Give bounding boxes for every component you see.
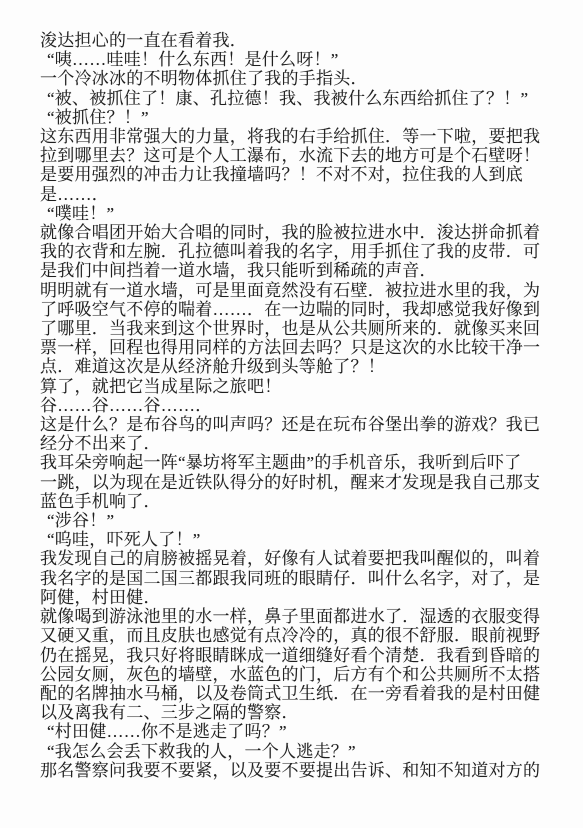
text-line: 这是什么？是布谷鸟的叫声吗？还是在玩布谷堡出拳的游戏？我已: [40, 415, 543, 434]
text-line: “咦……哇哇！什么东西！是什么呀！”: [40, 50, 543, 69]
text-line: 那名警察问我要不要紧，以及要不要提出告诉、和知不知道对方的: [40, 761, 543, 780]
text-line: 以及离我有二、三步之隔的警察．: [40, 703, 543, 722]
text-line: “涉谷！”: [40, 511, 543, 530]
text-line: 了哪里．当我来到这个世界时，也是从公共厕所来的．就像买来回: [40, 319, 543, 338]
text-line: 拉到哪里去？这可是个人工瀑布，水流下去的地方可是个石壁呀！: [40, 146, 543, 165]
text-line: “呜哇，吓死人了！”: [40, 530, 543, 549]
text-line: 我的衣背和左腕．孔拉德叫着我的名字，用手抓住了我的皮带．可: [40, 242, 543, 261]
text-line: 经分不出来了．: [40, 434, 543, 453]
text-line: 票一样，回程也得用同样的方法回去吗？只是这次的水比较干净一: [40, 338, 543, 357]
text-line: 这东西用非常强大的力量，将我的右手给抓住．等一下啦，要把我: [40, 127, 543, 146]
text-line: “村田健……你不是逃走了吗？”: [40, 722, 543, 741]
text-line: 我发现自己的肩膀被摇晃着，好像有人试着要把我叫醒似的，叫着: [40, 549, 543, 568]
text-line: “我怎么会丢下救我的人，一个人逃走？”: [40, 742, 543, 761]
text-line: 谷……谷……谷……．: [40, 396, 543, 415]
text-line: 是我们中间挡着一道水墙，我只能听到稀疏的声音．: [40, 261, 543, 280]
text-line: 就像喝到游泳池里的水一样，鼻子里面都进水了．湿透的衣服变得: [40, 607, 543, 626]
text-line: 了呼吸空气不停的喘着……．在一边喘的同时，我却感觉我好像到: [40, 300, 543, 319]
text-line: 是……．: [40, 185, 543, 204]
text-line: 公园女厕，灰色的墙壁，水蓝色的门，后方有个和公共厕所不太搭: [40, 665, 543, 684]
text-line: 一个冷冰冰的不明物体抓住了我的手指头．: [40, 69, 543, 88]
text-line: 浚达担心的一直在看着我．: [40, 31, 543, 50]
text-line: 我名字的是国二国三都跟我同班的眼睛仔．叫什么名字，对了，是: [40, 569, 543, 588]
text-line: “被、被抓住了！康、孔拉德！我、我被什么东西给抓住了？！”: [40, 89, 543, 108]
book-page: 浚达担心的一直在看着我． “咦……哇哇！什么东西！是什么呀！” 一个冷冰冰的不明…: [0, 0, 583, 828]
text-line: 是要用强烈的冲击力让我撞墙吗？！不对不对，拉住我的人到底: [40, 165, 543, 184]
text-line: 仍在摇晃，我只好将眼睛眯成一道细缝好看个清楚．我看到昏暗的: [40, 646, 543, 665]
text-line: 阿健，村田健．: [40, 588, 543, 607]
text-line: 又硬又重，而且皮肤也感觉有点冷冷的，真的很不舒服．眼前视野: [40, 626, 543, 645]
text-line: “被抓住？！”: [40, 108, 543, 127]
text-block: 浚达担心的一直在看着我． “咦……哇哇！什么东西！是什么呀！” 一个冷冰冰的不明…: [40, 31, 543, 780]
text-line: 点．难道这次是从经济舱升级到头等舱了？！: [40, 357, 543, 376]
text-line: 一跳，以为现在是近铁队得分的好时机，醒来才发现是我自己那支: [40, 473, 543, 492]
text-line: 配的名牌抽水马桶，以及卷筒式卫生纸．在一旁看着我的是村田健: [40, 684, 543, 703]
text-line: 算了，就把它当成星际之旅吧！: [40, 377, 543, 396]
text-line: 我耳朵旁响起一阵“暴坊将军主题曲”的手机音乐，我听到后吓了: [40, 453, 543, 472]
text-line: “噗哇！”: [40, 204, 543, 223]
text-line: 蓝色手机响了．: [40, 492, 543, 511]
text-line: 明明就有一道水墙，可是里面竟然没有石壁．被拉进水里的我，为: [40, 281, 543, 300]
text-line: 就像合唱团开始大合唱的同时，我的脸被拉进水中．浚达拼命抓着: [40, 223, 543, 242]
